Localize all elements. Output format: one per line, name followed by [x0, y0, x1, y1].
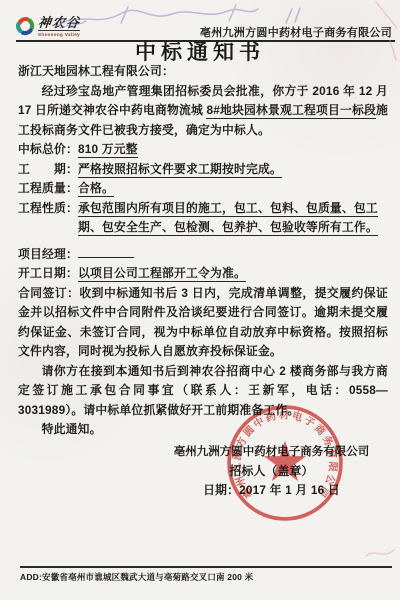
- field-value-nature: 承包范围内所有项目的施工，包工、包料、包质量、包工期、包安全生产、包检测、包养护…: [78, 201, 378, 237]
- brand-subtitle: Shennong Valley: [38, 30, 80, 37]
- field-value-duration: 严格按照招标文件要求工期按时完成。: [78, 162, 282, 178]
- field-label-quality: 工程质量：: [18, 179, 78, 199]
- field-row-start-date: 开工日期： 以项目公司工程部开工令为准。: [18, 264, 388, 284]
- contract-signing-paragraph: 合同签订：收到中标通知书后 3 日内，完成清单调整，提交履约保证金并以招标文件中…: [18, 284, 388, 362]
- blank-underline: [78, 246, 134, 258]
- contract-signing-label: 合同签订：: [18, 286, 79, 300]
- field-label-project-manager: 项目经理：: [18, 245, 78, 265]
- field-row-duration: 工 期： 严格按照招标文件要求工期按时完成。: [18, 160, 388, 180]
- seal-star-icon: [264, 441, 306, 481]
- intro-paragraph: 经过珍宝岛地产管理集团招标委员会批准，你方于 2016 年 12 月 17 日所…: [18, 82, 388, 141]
- brand-logo-icon: [15, 16, 35, 36]
- field-row-bid-price: 中标总价： 810 万元整: [18, 140, 388, 160]
- footer-address: ADD:安徽省亳州市谯城区魏武大道与亳菊路交叉口南 200 米: [20, 572, 253, 582]
- field-label-nature: 工程性质：: [18, 199, 78, 238]
- field-row-project-manager: 项目经理：: [18, 245, 388, 265]
- brand-logo: 神农谷 Shennong Valley: [15, 16, 80, 37]
- issuer-company-name: 亳州九洲方圆中药材电子商务有限公司: [200, 27, 392, 39]
- field-row-quality: 工程质量： 合格。: [18, 179, 388, 199]
- recipient-line: 浙江天地园林工程有限公司：: [18, 62, 388, 82]
- document-title: 中标通知书: [0, 42, 400, 63]
- company-seal-stamp: 亳州九洲方圆中药材电子商务有限公司: [224, 402, 346, 524]
- brand-name: 神农谷: [37, 16, 80, 29]
- field-label-duration: 工 期：: [18, 160, 78, 180]
- field-value-bid-price: 810 万元整: [78, 142, 138, 158]
- footer: ADD:安徽省亳州市谯城区魏武大道与亳菊路交叉口南 200 米: [20, 566, 392, 583]
- field-label-bid-price: 中标总价：: [18, 140, 78, 160]
- scanned-document-page: 神农谷 Shennong Valley 亳州九洲方圆中药材电子商务有限公司 中标…: [0, 0, 400, 600]
- field-label-start-date: 开工日期：: [18, 264, 78, 284]
- field-value-start-date: 以项目公司工程部开工令为准。: [78, 266, 246, 282]
- field-value-quality: 合格。: [78, 181, 114, 197]
- field-row-nature: 工程性质： 承包范围内所有项目的施工，包工、包料、包质量、包工期、包安全生产、包…: [18, 199, 388, 238]
- project-name-underlined: 8#地块园林景观工程项目一标段: [206, 103, 376, 119]
